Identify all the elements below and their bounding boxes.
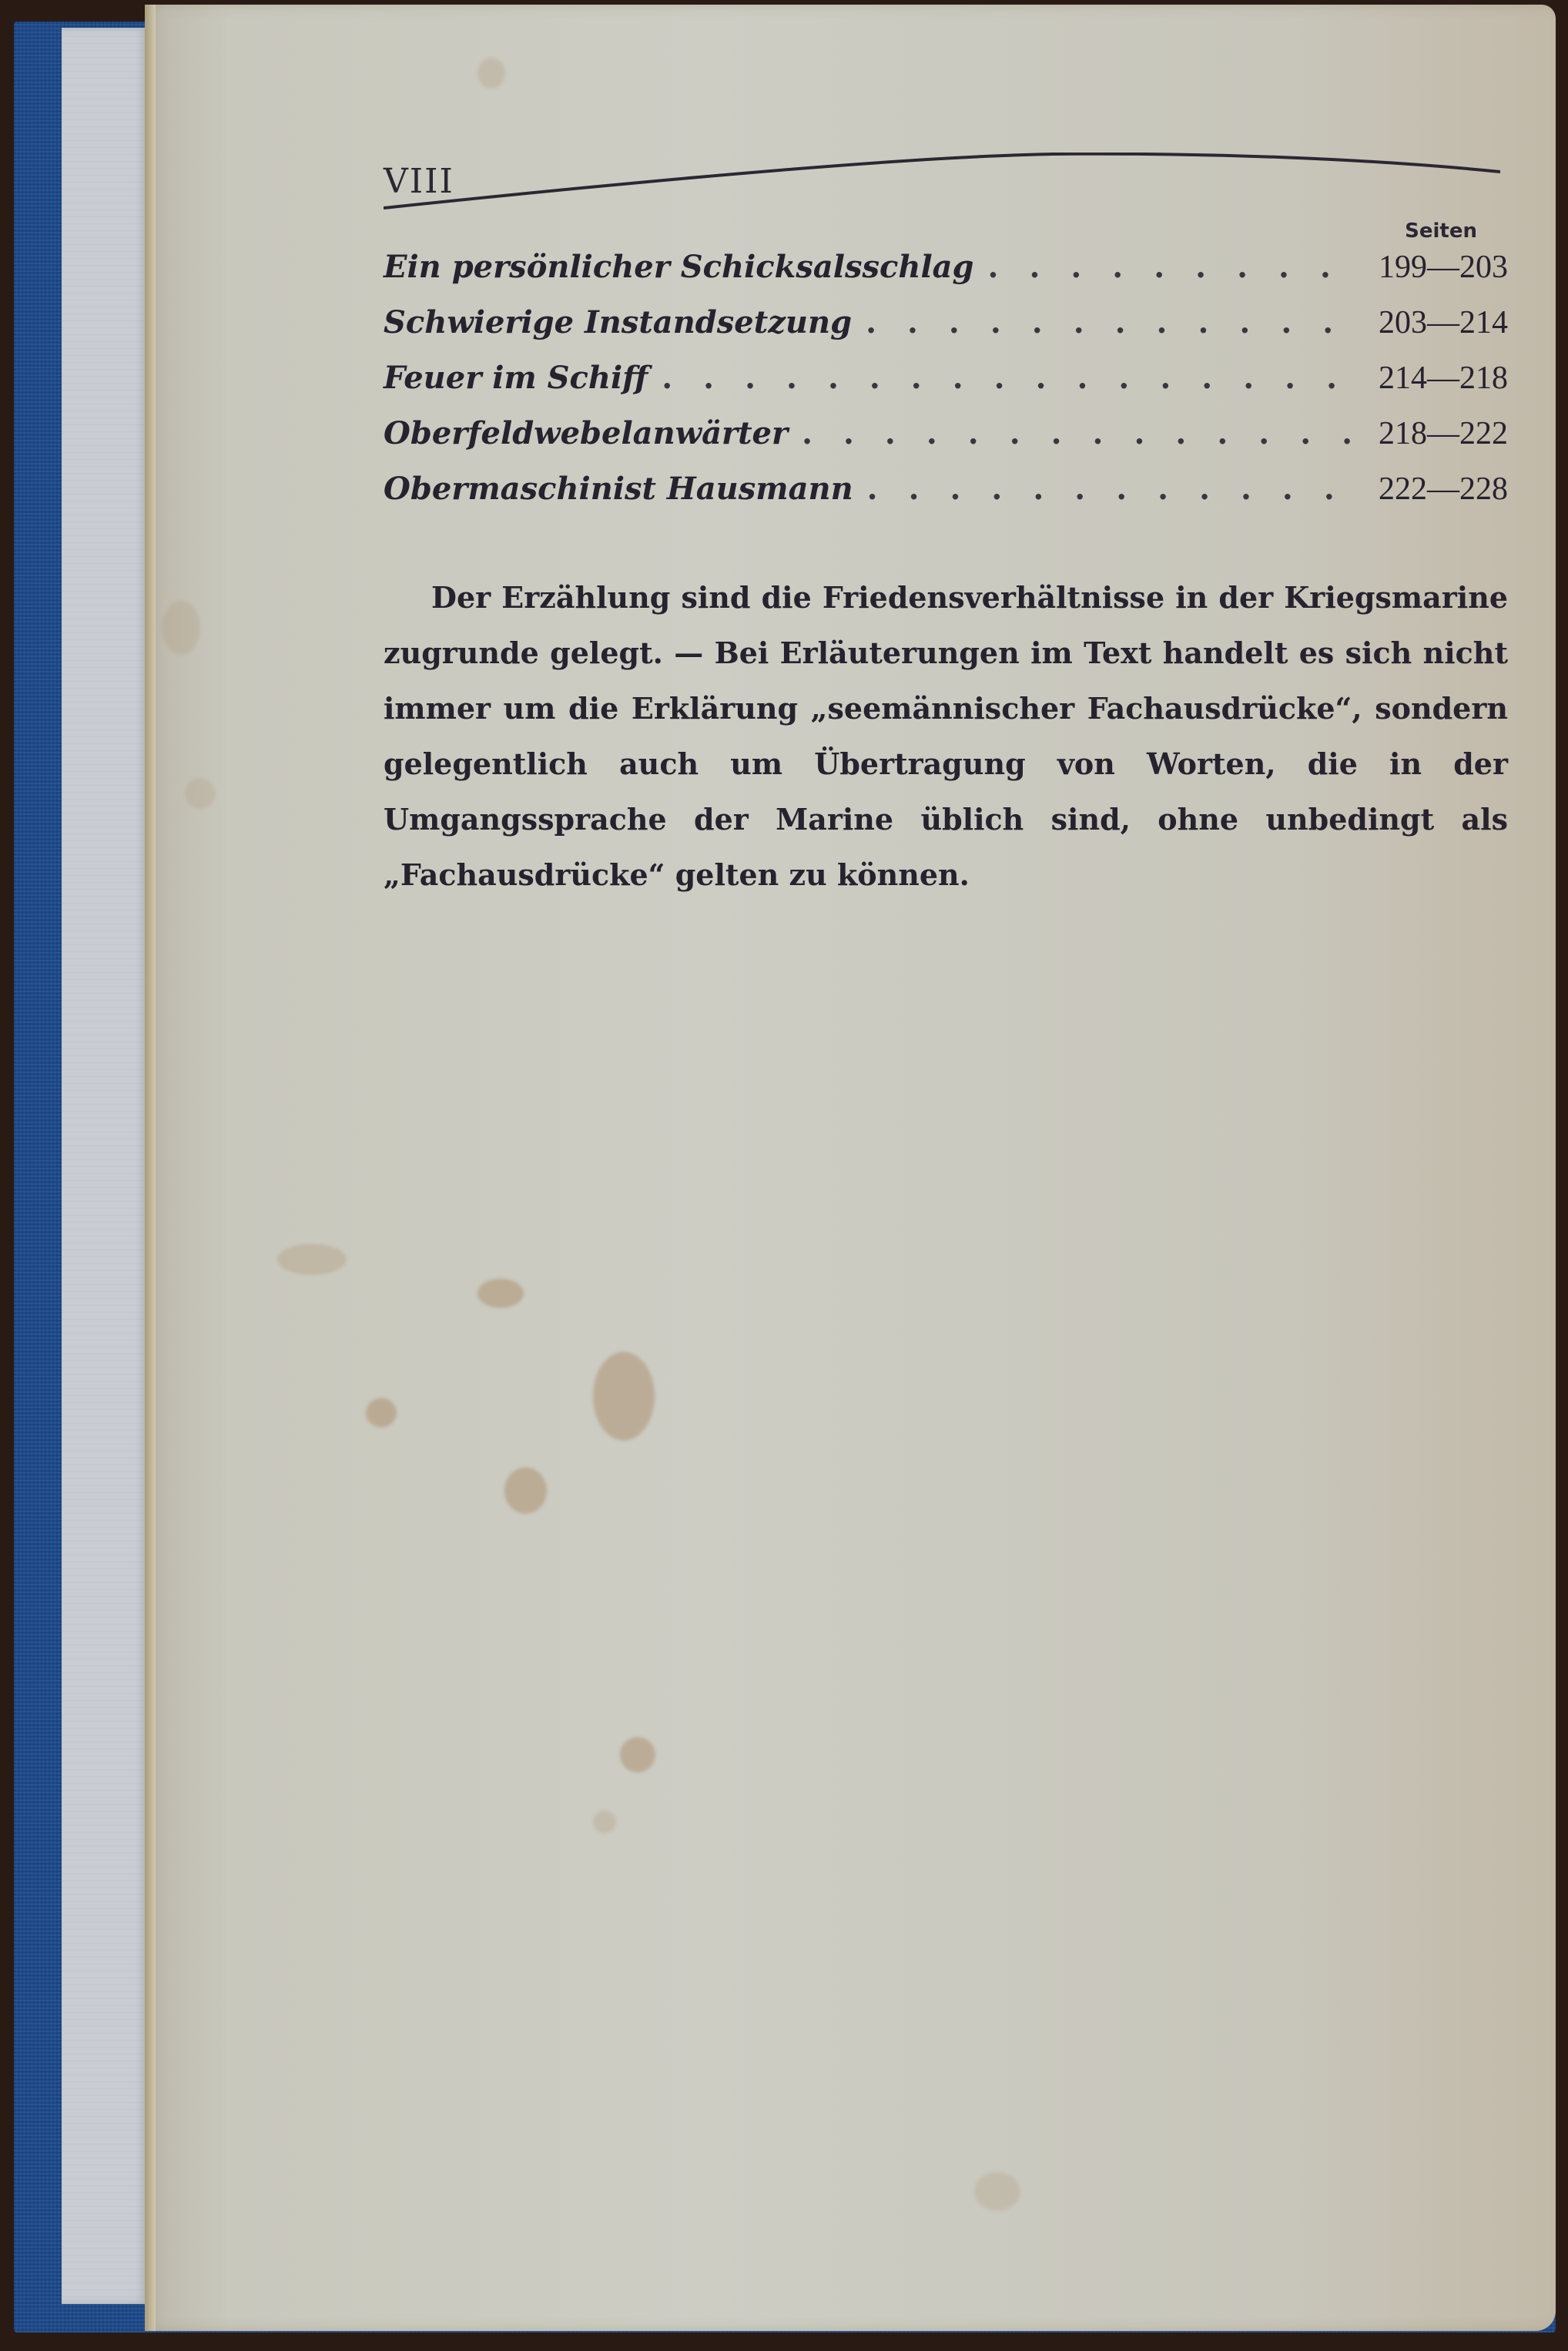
table-of-contents: Seiten Ein persönlicher Schicksalsschlag…	[384, 220, 1508, 526]
stain	[620, 1737, 655, 1772]
stain	[593, 1352, 655, 1440]
toc-entry: Ein persönlicher Schicksalsschlag ......…	[384, 249, 1508, 304]
toc-leader-dots: ..................................	[662, 360, 1363, 396]
toc-column-header: Seiten	[384, 220, 1508, 243]
note-paragraph: Der Erzählung sind die Friedensverhältni…	[384, 570, 1508, 903]
stain	[162, 601, 200, 655]
stain	[477, 58, 505, 89]
toc-entry-pages: 222—228	[1377, 471, 1508, 508]
page-gutter-edge	[145, 5, 156, 2331]
toc-entry-pages: 199—203	[1377, 249, 1508, 286]
toc-entry-pages: 214—218	[1377, 360, 1508, 397]
stain	[185, 778, 216, 809]
toc-entry: Obermaschinist Hausmann ................…	[384, 471, 1508, 526]
toc-leader-dots: ..................................	[866, 304, 1363, 340]
stain	[504, 1467, 547, 1514]
toc-entry: Feuer im Schiff ........................…	[384, 360, 1508, 415]
toc-leader-dots: ..................................	[988, 249, 1363, 285]
stain	[277, 1244, 347, 1275]
flyleaf	[62, 28, 146, 2304]
toc-entry: Schwierige Instandsetzung ..............…	[384, 304, 1508, 360]
stain	[366, 1398, 397, 1427]
editorial-note: Der Erzählung sind die Friedensverhältni…	[384, 570, 1508, 903]
toc-leader-dots: ..................................	[802, 415, 1363, 451]
toc-entry-pages: 203—214	[1377, 304, 1508, 341]
page-number: VIII	[384, 162, 454, 201]
toc-entry-title: Oberfeldwebelanwärter	[384, 415, 788, 451]
page-header: VIII	[384, 162, 1500, 208]
toc-entry-title: Schwierige Instandsetzung	[384, 304, 852, 340]
toc-entry-pages: 218—222	[1377, 415, 1508, 452]
stain	[593, 1810, 616, 1833]
stain	[477, 1279, 524, 1308]
toc-entry-title: Ein persönlicher Schicksalsschlag	[384, 249, 974, 285]
toc-entry: Oberfeldwebelanwärter ..................…	[384, 415, 1508, 471]
toc-entry-title: Feuer im Schiff	[384, 360, 648, 396]
toc-leader-dots: ..................................	[867, 471, 1363, 507]
stain	[974, 2172, 1020, 2211]
toc-entry-title: Obermaschinist Hausmann	[384, 471, 853, 507]
